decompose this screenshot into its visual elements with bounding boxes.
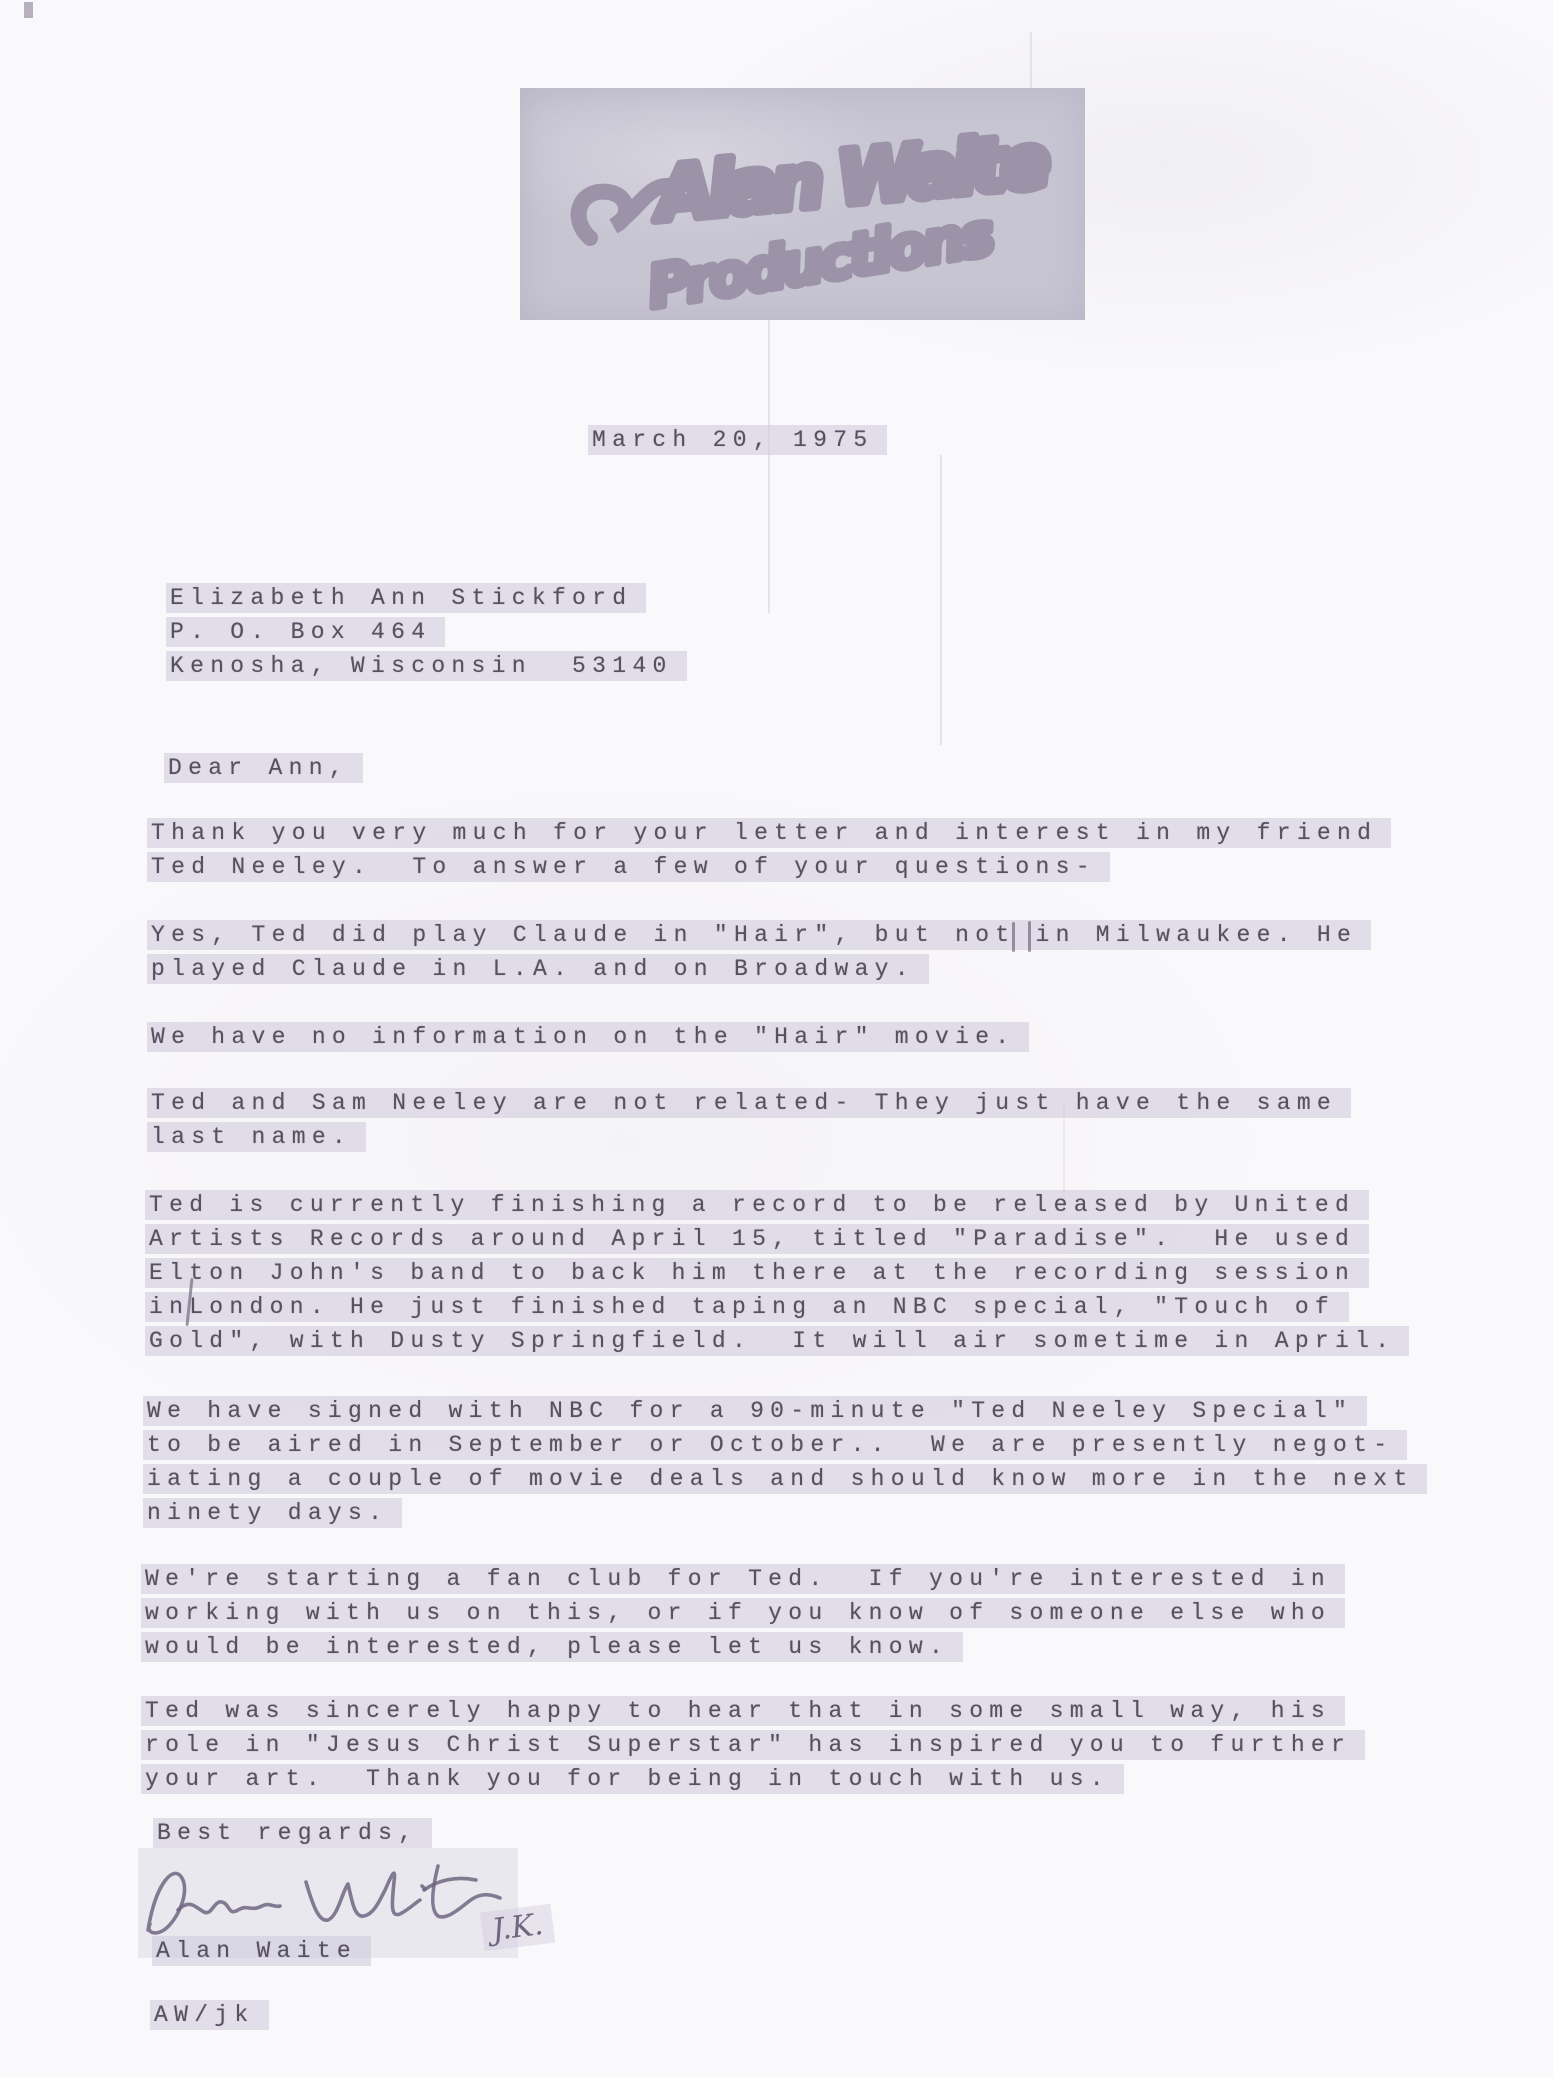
text-line: Ted is currently finishing a record to b… <box>145 1190 1369 1220</box>
text-line: We have signed with NBC for a 90-minute … <box>143 1396 1367 1426</box>
scan-smudge <box>24 2 33 18</box>
text-line: your art. Thank you for being in touch w… <box>141 1764 1124 1794</box>
paragraph-sam-neeley: Ted and Sam Neeley are not related- They… <box>147 1088 1351 1156</box>
text-line: to be aired in September or October.. We… <box>143 1430 1407 1460</box>
fold-crease <box>940 455 942 745</box>
company-logo-art: Alan Waite Productions <box>520 88 1085 320</box>
closing: Best regards, <box>153 1818 432 1848</box>
paragraph-hair-claude: Yes, Ted did play Claude in "Hair", but … <box>147 920 1371 988</box>
text-line: iating a couple of movie deals and shoul… <box>143 1464 1427 1494</box>
signature-name-block: Alan Waite <box>152 1936 371 1970</box>
text-line: Thank you very much for your letter and … <box>147 818 1391 848</box>
letter-date-block: March 20, 1975 <box>588 425 887 459</box>
text-line: working with us on this, or if you know … <box>141 1598 1345 1628</box>
paragraph-superstar: Ted was sincerely happy to hear that in … <box>141 1696 1365 1798</box>
text-line: We have no information on the "Hair" mov… <box>147 1022 1029 1052</box>
text-line: We're starting a fan club for Ted. If yo… <box>141 1564 1345 1594</box>
paragraph-fan-club: We're starting a fan club for Ted. If yo… <box>141 1564 1345 1666</box>
scanned-letter-page: Alan Waite Productions March 20, 1975 El… <box>0 0 1553 2077</box>
text-line: Ted was sincerely happy to hear that in … <box>141 1696 1345 1726</box>
recipient-address: Elizabeth Ann Stickford P. O. Box 464 Ke… <box>166 583 687 685</box>
signature-typed-name: Alan Waite <box>152 1936 371 1966</box>
typist-initials-block: AW/jk <box>150 2000 269 2034</box>
text-line: Yes, Ted did play Claude in "Hair", but … <box>147 920 1371 950</box>
salutation: Dear Ann, <box>164 753 363 783</box>
recipient-name: Elizabeth Ann Stickford <box>166 583 646 613</box>
text-line: last name. <box>147 1122 366 1152</box>
text-line: Ted and Sam Neeley are not related- They… <box>147 1088 1351 1118</box>
typist-initials: AW/jk <box>150 2000 269 2030</box>
text-line: Elton John's band to back him there at t… <box>145 1258 1369 1288</box>
paragraph-record-nbc: Ted is currently finishing a record to b… <box>145 1190 1409 1360</box>
paragraph-nbc-special: We have signed with NBC for a 90-minute … <box>143 1396 1427 1532</box>
recipient-po-box: P. O. Box 464 <box>166 617 445 647</box>
pen-mark <box>1012 922 1015 952</box>
text-line: would be interested, please let us know. <box>141 1632 963 1662</box>
text-line: inLondon. He just finished taping an NBC… <box>145 1292 1349 1322</box>
recipient-city: Kenosha, Wisconsin 53140 <box>166 651 687 681</box>
logo-line1: Alan Waite <box>648 118 1051 238</box>
paragraph-thank-you: Thank you very much for your letter and … <box>147 818 1391 886</box>
signature-annotation: J.K. <box>480 1904 555 1951</box>
company-logo: Alan Waite Productions <box>520 88 1085 320</box>
paragraph-hair-movie: We have no information on the "Hair" mov… <box>147 1022 1029 1056</box>
text-line: Ted Neeley. To answer a few of your ques… <box>147 852 1110 882</box>
text-line: role in "Jesus Christ Superstar" has ins… <box>141 1730 1365 1760</box>
text-line: Artists Records around April 15, titled … <box>145 1224 1369 1254</box>
salutation-block: Dear Ann, <box>164 753 363 787</box>
letter-date: March 20, 1975 <box>588 425 887 455</box>
text-line: Gold", with Dusty Springfield. It will a… <box>145 1326 1409 1356</box>
closing-block: Best regards, <box>153 1818 432 1852</box>
text-line: ninety days. <box>143 1498 402 1528</box>
pen-mark <box>1028 921 1031 952</box>
text-line: played Claude in L.A. and on Broadway. <box>147 954 929 984</box>
